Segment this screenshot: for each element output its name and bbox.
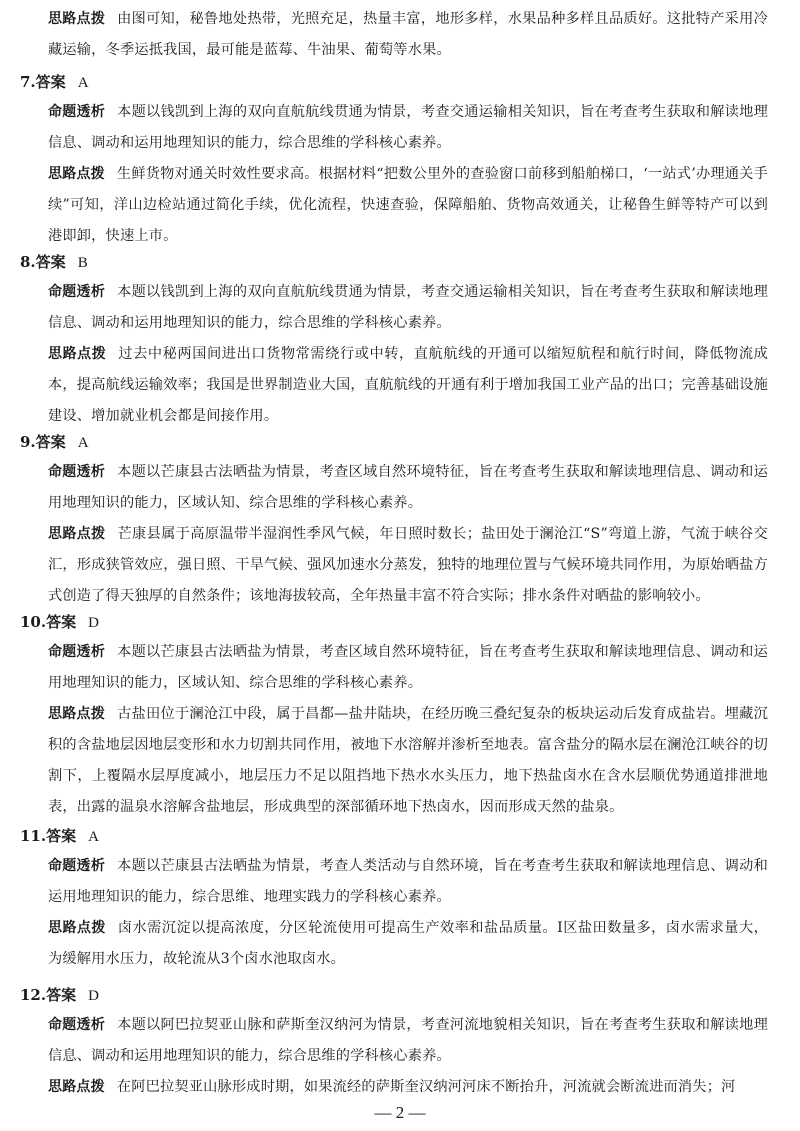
analysis-text: 本题以钱凯到上海的双向直航航线贯通为情景，考查交通运输相关知识，旨在考查考生获取… — [48, 104, 768, 151]
q11-hint-paragraph: 思路点拨卤水需沉淀以提高浓度，分区轮流使用可提高生产效率和盐品质量。Ⅰ区盐田数量… — [48, 913, 768, 975]
q6-hint-paragraph: 思路点拨由图可知，秘鲁地处热带，光照充足，热量丰富，地形多样，水果品种多样且品质… — [48, 4, 768, 66]
answer-value: A — [78, 435, 89, 451]
q12-analysis-paragraph: 命题透析本题以阿巴拉契亚山脉和萨斯奎汉纳河为情景，考查河流地貌相关知识，旨在考查… — [48, 1010, 768, 1072]
hint-text: 在阿巴拉契亚山脉形成时期，如果流经的萨斯奎汉纳河河床不断抬升，河流就会断流进而消… — [117, 1079, 736, 1095]
q8-hint-paragraph: 思路点拨过去中秘两国间进出口货物常需绕行或中转，直航航线的开通可以缩短航程和航行… — [48, 339, 768, 432]
answer-value: A — [88, 829, 99, 845]
hint-text: 卤水需沉淀以提高浓度，分区轮流使用可提高生产效率和盐品质量。Ⅰ区盐田数量多，卤水… — [48, 920, 768, 967]
hint-label: 思路点拨 — [48, 706, 105, 722]
hint-label: 思路点拨 — [48, 920, 106, 936]
analysis-text: 本题以阿巴拉契亚山脉和萨斯奎汉纳河为情景，考查河流地貌相关知识，旨在考查考生获取… — [48, 1017, 768, 1064]
analysis-label: 命题透析 — [48, 464, 105, 480]
hint-label: 思路点拨 — [48, 11, 105, 27]
hint-label: 思路点拨 — [48, 346, 106, 362]
q7-hint-paragraph: 思路点拨生鲜货物对通关时效性要求高。根据材料“把数公里外的查验窗口前移到船舶梯口… — [48, 159, 768, 252]
analysis-label: 命题透析 — [48, 104, 105, 120]
q10-answer-heading: 10.答案D — [20, 612, 99, 633]
answer-value: D — [88, 615, 99, 631]
hint-text: 由图可知，秘鲁地处热带，光照充足，热量丰富，地形多样，水果品种多样且品质好。这批… — [48, 11, 768, 58]
q11-analysis-paragraph: 命题透析本题以芒康县古法晒盐为情景，考查人类活动与自然环境，旨在考查考生获取和解… — [48, 851, 768, 913]
answer-value: D — [88, 988, 99, 1004]
q10-hint-paragraph: 思路点拨古盐田位于澜沧江中段，属于昌都—盐井陆块，在经历晚三叠纪复杂的板块运动后… — [48, 699, 768, 823]
hint-text: 过去中秘两国间进出口货物常需绕行或中转，直航航线的开通可以缩短航程和航行时间，降… — [48, 346, 768, 424]
analysis-text: 本题以芒康县古法晒盐为情景，考查区域自然环境特征，旨在考查考生获取和解读地理信息… — [48, 464, 768, 511]
hint-text: 生鲜货物对通关时效性要求高。根据材料“把数公里外的查验窗口前移到船舶梯口，‘一站… — [48, 166, 768, 244]
q9-hint-paragraph: 思路点拨芒康县属于高原温带半湿润性季风气候，年日照时数长；盐田处于澜沧江“S”弯… — [48, 519, 768, 612]
analysis-label: 命题透析 — [48, 858, 105, 874]
analysis-label: 命题透析 — [48, 1017, 105, 1033]
hint-text: 古盐田位于澜沧江中段，属于昌都—盐井陆块，在经历晚三叠纪复杂的板块运动后发育成盐… — [48, 706, 768, 815]
q9-analysis-paragraph: 命题透析本题以芒康县古法晒盐为情景，考查区域自然环境特征，旨在考查考生获取和解读… — [48, 457, 768, 519]
q12-hint-paragraph: 思路点拨在阿巴拉契亚山脉形成时期，如果流经的萨斯奎汉纳河河床不断抬升，河流就会断… — [48, 1072, 768, 1103]
q9-answer-heading: 9.答案A — [20, 432, 89, 453]
hint-label: 思路点拨 — [48, 526, 105, 542]
q7-analysis-paragraph: 命题透析本题以钱凯到上海的双向直航航线贯通为情景，考查交通运输相关知识，旨在考查… — [48, 97, 768, 159]
hint-label: 思路点拨 — [48, 1079, 105, 1095]
analysis-text: 本题以钱凯到上海的双向直航航线贯通为情景，考查交通运输相关知识，旨在考查考生获取… — [48, 284, 768, 331]
hint-label: 思路点拨 — [48, 166, 105, 182]
analysis-text: 本题以芒康县古法晒盐为情景，考查人类活动与自然环境，旨在考查考生获取和解读地理信… — [48, 858, 768, 905]
answer-value: A — [78, 75, 89, 91]
q11-answer-heading: 11.答案A — [20, 826, 99, 847]
answer-value: B — [78, 255, 88, 271]
analysis-text: 本题以芒康县古法晒盐为情景，考查区域自然环境特征，旨在考查考生获取和解读地理信息… — [48, 644, 768, 691]
q12-answer-heading: 12.答案D — [20, 985, 99, 1006]
hint-text: 芒康县属于高原温带半湿润性季风气候，年日照时数长；盐田处于澜沧江“S”弯道上游，… — [48, 526, 768, 604]
q8-analysis-paragraph: 命题透析本题以钱凯到上海的双向直航航线贯通为情景，考查交通运输相关知识，旨在考查… — [48, 277, 768, 339]
page-number: — 2 — — [0, 1103, 800, 1123]
q8-answer-heading: 8.答案B — [20, 252, 88, 273]
answer-key-page: 思路点拨由图可知，秘鲁地处热带，光照充足，热量丰富，地形多样，水果品种多样且品质… — [0, 0, 800, 1131]
analysis-label: 命题透析 — [48, 644, 105, 660]
analysis-label: 命题透析 — [48, 284, 105, 300]
q7-answer-heading: 7.答案A — [20, 72, 89, 93]
q10-analysis-paragraph: 命题透析本题以芒康县古法晒盐为情景，考查区域自然环境特征，旨在考查考生获取和解读… — [48, 637, 768, 699]
